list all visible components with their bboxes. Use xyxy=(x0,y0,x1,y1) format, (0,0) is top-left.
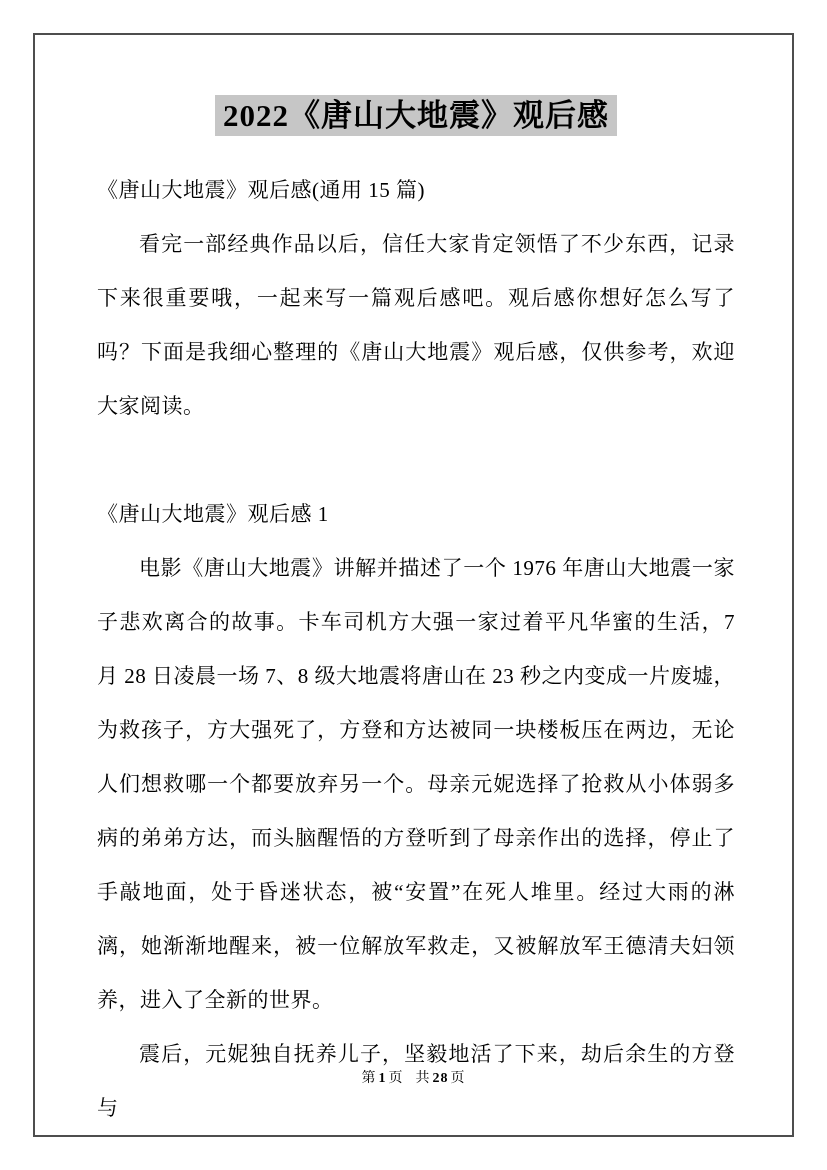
footer-current-page: 第1页 xyxy=(362,1071,404,1086)
footer-total-pages-number: 28 xyxy=(431,1071,451,1086)
paragraph-subtitle: 《唐山大地震》观后感(通用 15 篇) xyxy=(97,163,735,217)
document-title-highlight: 2022《唐山大地震》观后感 xyxy=(215,95,617,136)
paragraph-blank-line xyxy=(97,433,735,487)
footer-total-pages-suffix: 页 xyxy=(451,1071,466,1086)
footer-total-pages-prefix: 共 xyxy=(416,1071,431,1086)
footer-current-page-number: 1 xyxy=(377,1071,389,1086)
paragraph-intro: 看完一部经典作品以后，信任大家肯定领悟了不少东西，记录下来很重要哦，一起来写一篇… xyxy=(97,217,735,433)
document-title: 2022《唐山大地震》观后感 xyxy=(97,93,735,139)
page-content: 2022《唐山大地震》观后感 《唐山大地震》观后感(通用 15 篇) 看完一部经… xyxy=(35,93,792,1135)
paragraph-review-body: 电影《唐山大地震》讲解并描述了一个 1976 年唐山大地震一家子悲欢离合的故事。… xyxy=(97,541,735,1027)
footer-total-pages: 共28页 xyxy=(416,1071,466,1086)
footer-current-page-prefix: 第 xyxy=(362,1071,377,1086)
page-footer: 第1页共28页 xyxy=(35,1067,792,1087)
footer-current-page-suffix: 页 xyxy=(389,1071,404,1086)
paragraph-section-heading-1: 《唐山大地震》观后感 1 xyxy=(97,487,735,541)
document-body: 《唐山大地震》观后感(通用 15 篇) 看完一部经典作品以后，信任大家肯定领悟了… xyxy=(97,163,735,1135)
document-page: 2022《唐山大地震》观后感 《唐山大地震》观后感(通用 15 篇) 看完一部经… xyxy=(33,33,794,1137)
